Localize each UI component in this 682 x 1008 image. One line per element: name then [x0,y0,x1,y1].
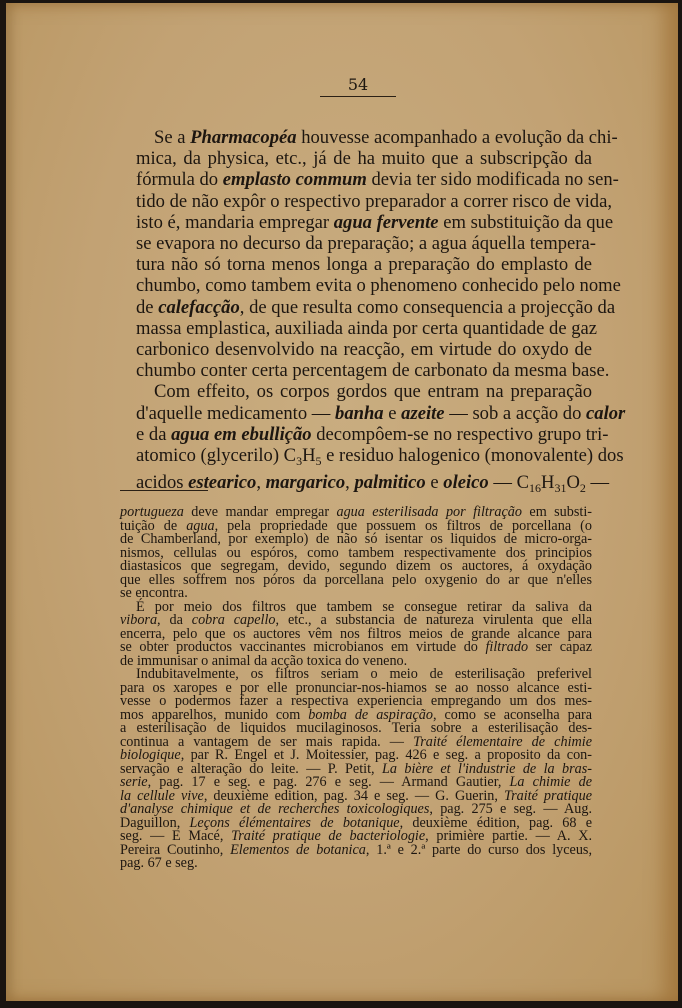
text-line: atomico (glycerilo) C3H5 e residuo halog… [136,445,592,472]
text-segment: devia ter sido modificada no sen- [367,169,619,190]
paragraph: Com effeito, os corpos gordos que entram… [136,381,592,499]
footnote-divider [120,490,208,491]
text-segment: — [586,472,609,493]
text-line: tura não só torna menos longa a preparaç… [136,254,592,275]
text-segment: , de que resulta como consequencia a pro… [240,297,615,318]
paragraph: Se a Pharmacopéa houvesse acompanhado a … [136,127,592,381]
italic-term: filtrado [485,639,528,655]
text-segment: Se a [154,127,190,148]
main-text: Se a Pharmacopéa houvesse acompanhado a … [136,127,592,499]
text-segment: carbonico desenvolvido na reacção, em vi… [136,339,592,360]
paragraph: É por meio dos filtros que tambem se con… [120,601,592,669]
text-segment: se evapora no decurso da preparação; a a… [136,233,596,254]
text-segment: ser capaz [528,639,592,655]
text-segment: e [426,472,444,493]
text-segment: e residuo halogenico (monovalente) dos [322,445,624,466]
text-line: mica, da physica, etc., já de ha muito q… [136,148,592,169]
text-segment: O [566,472,579,493]
paragraph: Indubitavelmente, os filtros seriam o me… [120,668,592,871]
italic-term: agua fervente [334,212,439,233]
text-segment: mica, da physica, etc., já de ha muito q… [136,148,592,169]
paragraph: portugueza deve mandar empregar agua est… [120,506,592,601]
footnote-text: portugueza deve mandar empregar agua est… [120,506,592,871]
text-segment: isto é, mandaria empregar [136,212,334,233]
text-segment: — C [489,472,529,493]
subscript: 31 [554,481,566,495]
text-line: Com effeito, os corpos gordos que entram… [136,381,592,402]
text-segment: H [302,445,315,466]
italic-term: calor [586,403,625,424]
text-line: d'aquelle medicamento — banha e azeite —… [136,403,592,424]
text-line: tido de não expôr o respectivo preparado… [136,191,592,212]
text-segment: que elles soffrem nos póros da porcellan… [120,572,592,588]
italic-term: azeite [401,403,444,424]
text-line: e da agua em ebullição decompôem-se no r… [136,424,592,445]
text-line: chumbo conter certa percentagem de carbo… [136,360,592,381]
italic-term: oleico [443,472,488,493]
text-segment: d'aquelle medicamento — [136,403,335,424]
text-line: massa emplastica, auxiliada ainda por ce… [136,318,592,339]
text-segment: tura não só torna menos longa a preparaç… [136,254,592,275]
book-page: 54 Se a Pharmacopéa houvesse acompanhado… [6,3,678,1001]
subscript: 16 [529,481,541,495]
text-segment: em substituição da que [439,212,614,233]
text-segment: fórmula do [136,169,223,190]
italic-term: calefacção [158,297,240,318]
text-line: acidos estearico, margarico, palmitico e… [136,472,592,499]
text-segment: chumbo, como tambem evita o phenomeno co… [136,275,621,296]
text-segment: , 1.ª e 2.ª parte do curso dos lyceus, [366,842,592,858]
text-line: isto é, mandaria empregar agua fervente … [136,212,592,233]
italic-term: emplasto commum [223,169,367,190]
text-line: chumbo, como tambem evita o phenomeno co… [136,275,592,296]
text-line: de calefacção, de que resulta como conse… [136,297,592,318]
text-line: que elles soffrem nos póros da porcellan… [120,574,592,588]
text-segment: H [541,472,554,493]
italic-term: Elementos de botanica [230,842,366,858]
text-segment: decompôem-se no respectivo grupo tri- [312,424,609,445]
text-segment: chumbo conter certa percentagem de carbo… [136,360,609,381]
page-number: 54 [320,75,396,97]
text-segment: , [256,472,265,493]
italic-term: margarico [266,472,346,493]
text-line: Se a Pharmacopéa houvesse acompanhado a … [136,127,592,148]
text-segment: Com effeito, os corpos gordos que entram… [154,381,592,402]
text-segment: pag. 67 e seg. [120,855,198,871]
italic-term: agua em ebullição [171,424,311,445]
italic-term: banha [335,403,384,424]
text-segment: massa emplastica, auxiliada ainda por ce… [136,318,597,339]
text-line: carbonico desenvolvido na reacção, em vi… [136,339,592,360]
text-segment: de [136,297,158,318]
text-segment: e da [136,424,171,445]
text-line: se evapora no decurso da preparação; a a… [136,233,592,254]
italic-term: Pharmacopéa [190,127,296,148]
text-segment: e [384,403,402,424]
text-segment: tido de não expôr o respectivo preparado… [136,191,612,212]
text-segment: houvesse acompanhado a evolução da chi- [297,127,618,148]
text-segment: atomico (glycerilo) C [136,445,296,466]
text-line: pag. 67 e seg. [120,857,592,871]
text-line: fórmula do emplasto commum devia ter sid… [136,169,592,190]
italic-term: palmitico [354,472,425,493]
text-segment: — sob a acção do [445,403,586,424]
